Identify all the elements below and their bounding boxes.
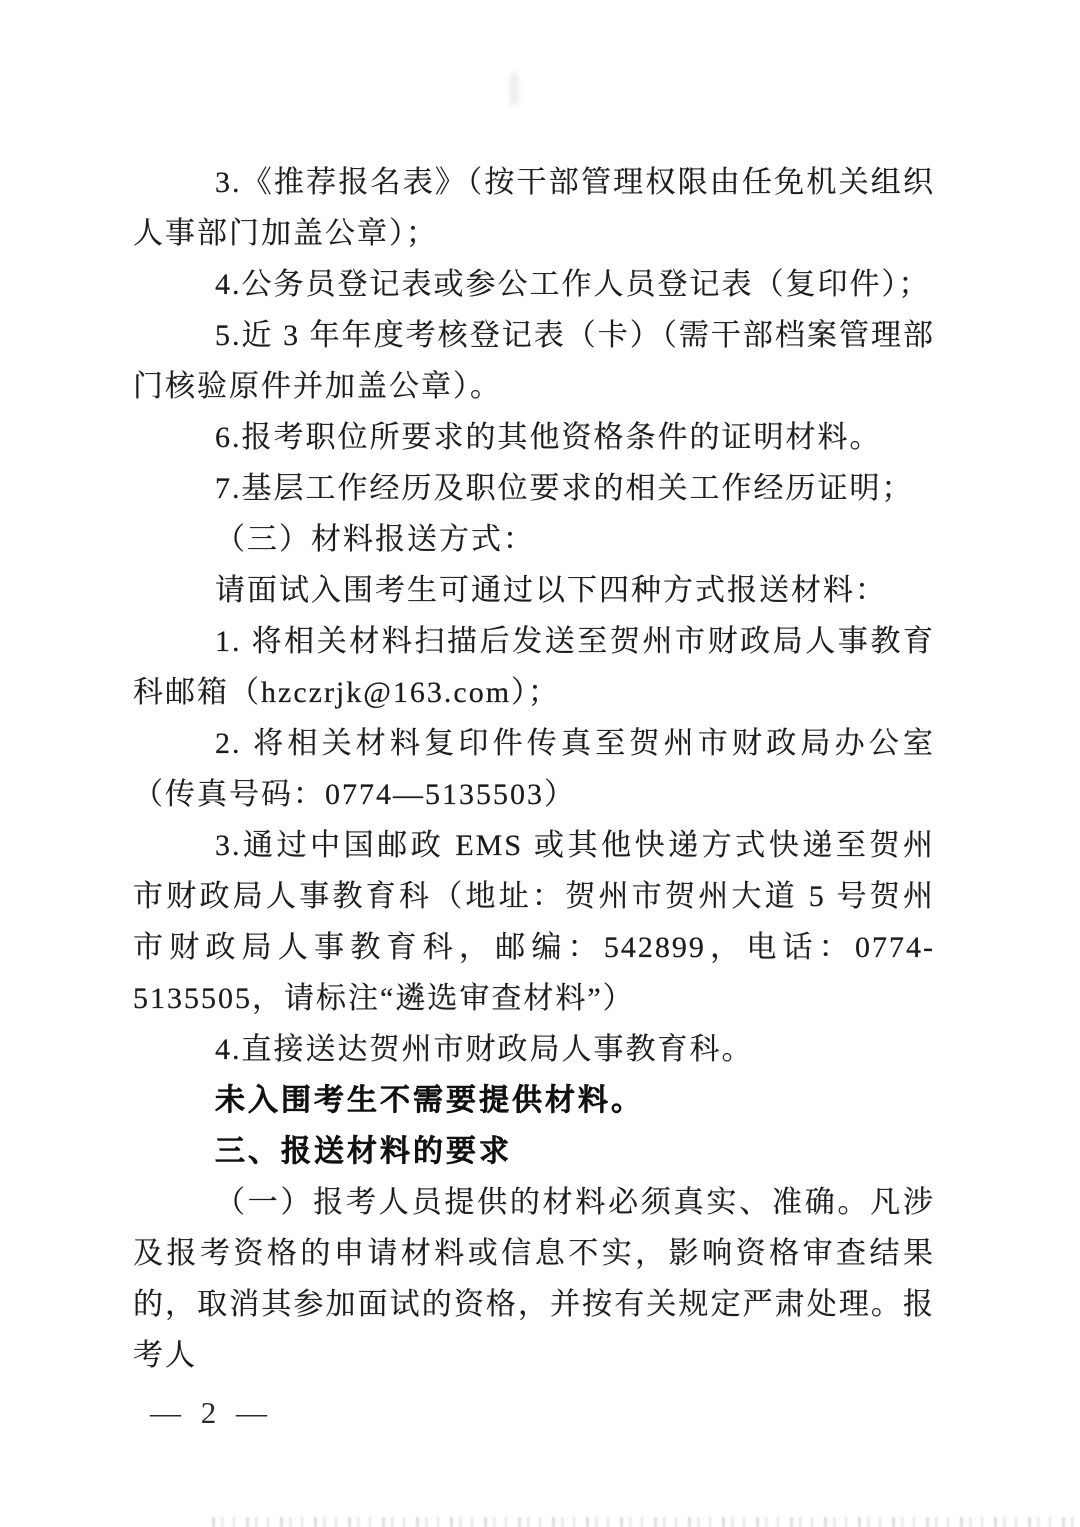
method-4-in-person: 4.直接送达贺州市财政局人事教育科。 [133, 1024, 935, 1075]
list-item-4-gongwuyuan-dengjibiao: 4.公务员登记表或参公工作人员登记表（复印件）； [133, 259, 935, 310]
next-page-bleed-through-artifact [212, 1517, 1080, 1527]
list-item-6-qita-zige-zhengming: 6.报考职位所要求的其他资格条件的证明材料。 [133, 412, 935, 463]
method-2-fax: 2. 将相关材料复印件传真至贺州市财政局办公室（传真号码：0774—513550… [133, 718, 935, 820]
document-page: 3.《推荐报名表》（按干部管理权限由任免机关组织人事部门加盖公章）； 4.公务员… [0, 0, 1080, 1527]
paragraph-requirement-1-truthfulness: （一）报考人员提供的材料必须真实、准确。凡涉及报考资格的申请材料或信息不实，影响… [133, 1177, 935, 1381]
method-3-ems-mail: 3.通过中国邮政 EMS 或其他快递方式快递至贺州市财政局人事教育科（地址：贺州… [133, 820, 935, 1024]
bold-note-non-shortlisted: 未入围考生不需要提供材料。 [133, 1075, 935, 1126]
page-number: — 2 — [150, 1393, 273, 1433]
list-item-3-tuijian-baomingbiao: 3.《推荐报名表》（按干部管理权限由任免机关组织人事部门加盖公章）； [133, 157, 935, 259]
list-item-7-jiceng-jingli-zhengming: 7.基层工作经历及职位要求的相关工作经历证明； [133, 463, 935, 514]
subsection-heading-material-submission-method: （三）材料报送方式： [133, 514, 935, 565]
section-heading-3-requirements: 三、报送材料的要求 [133, 1126, 935, 1177]
list-item-5-kaohe-dengjibiao: 5.近 3 年年度考核登记表（卡）（需干部档案管理部门核验原件并加盖公章）。 [133, 310, 935, 412]
document-body: 3.《推荐报名表》（按干部管理权限由任免机关组织人事部门加盖公章）； 4.公务员… [133, 157, 935, 1381]
scan-smudge-artifact [510, 72, 518, 106]
method-1-email: 1. 将相关材料扫描后发送至贺州市财政局人事教育科邮箱（hzczrjk@163.… [133, 616, 935, 718]
paragraph-submission-intro: 请面试入围考生可通过以下四种方式报送材料： [133, 565, 935, 616]
